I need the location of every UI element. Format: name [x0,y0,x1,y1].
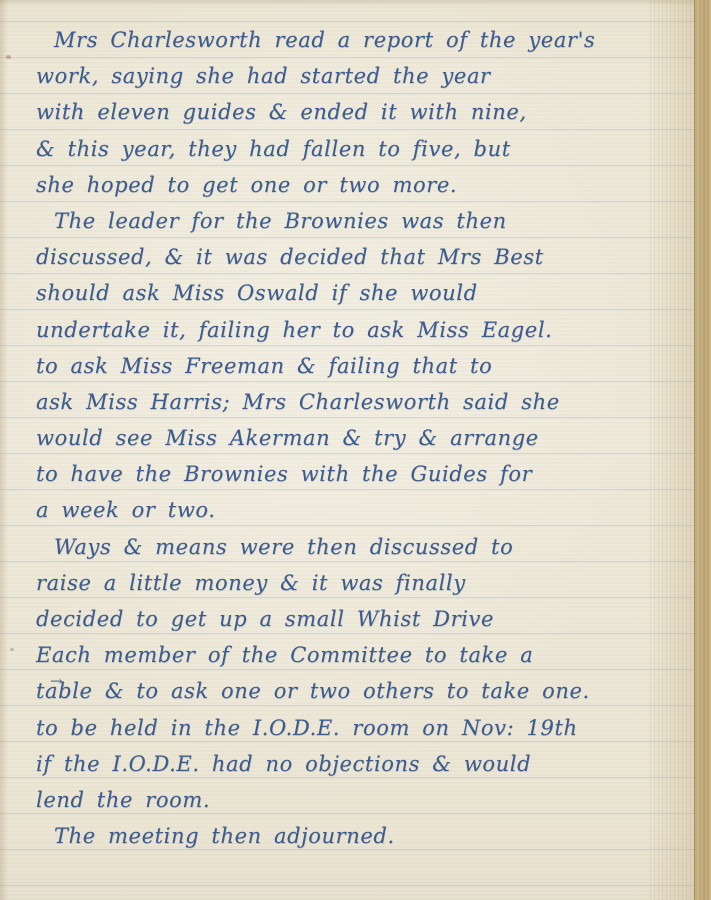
handwritten-line: she hoped to get one or two more. [36,167,665,203]
handwritten-line: to have the Brownies with the Guides for [36,456,665,492]
handwritten-line: ask Miss Harris; Mrs Charlesworth said s… [36,384,665,420]
paper-speck [6,55,11,59]
handwritten-line: raise a little money & it was finally [36,565,665,601]
handwritten-line: a week or two. [36,492,665,528]
paper-speck [10,648,14,651]
handwritten-line: undertake it, failing her to ask Miss Ea… [36,312,665,348]
handwritten-line: to be held in the I.O.D.E. room on Nov: … [36,710,665,746]
handwritten-line: would see Miss Akerman & try & arrange [36,420,665,456]
handwritten-text: Mrs Charlesworth read a report of the ye… [36,22,665,854]
page-edge-left [0,0,8,900]
handwritten-line: discussed, & it was decided that Mrs Bes… [36,239,665,275]
handwritten-line: to ask Miss Freeman & failing that to [36,348,665,384]
handwritten-line: should ask Miss Oswald if she would [36,275,665,311]
handwritten-line: & this year, they had fallen to five, bu… [36,131,665,167]
handwritten-line: work, saying she had started the year [36,58,665,94]
binding-edge-right [694,0,711,900]
handwritten-line: The leader for the Brownies was then [36,203,665,239]
handwritten-line: if the I.O.D.E. had no objections & woul… [36,746,665,782]
handwritten-line: with eleven guides & ended it with nine, [36,94,665,130]
handwritten-line: Ways & means were then discussed to [36,529,665,565]
handwritten-line: Mrs Charlesworth read a report of the ye… [36,22,665,58]
page-edge-top [0,0,711,6]
handwritten-line: table & to ask one or two others to take… [36,673,665,709]
handwritten-line: lend the room. [36,782,665,818]
handwritten-line: The meeting then adjourned. [36,818,665,854]
handwritten-line: decided to get up a small Whist Drive [36,601,665,637]
notebook-page: → Mrs Charlesworth read a report of the … [0,0,711,900]
handwritten-line: Each member of the Committee to take a [36,637,665,673]
